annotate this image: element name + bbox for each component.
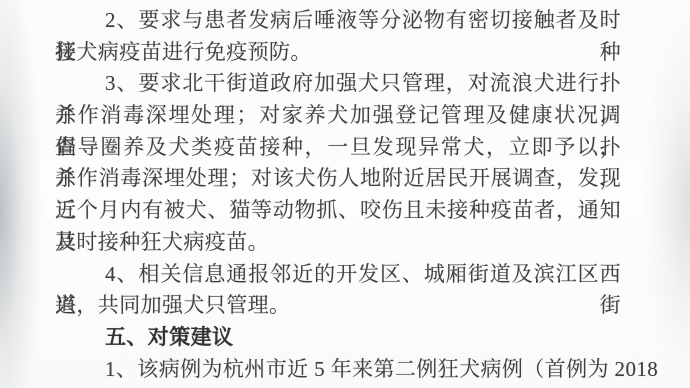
document-page: 2、要求与患者发病后唾液等分泌物有密切接触者及时接种狂犬病疫苗进行免疫预防。3、…	[0, 0, 690, 388]
document-line-3: 3、要求北干街道政府加强犬只管理，对流浪犬进行扑杀，	[55, 68, 621, 100]
document-line-9: 4、相关信息通报邻近的开发区、城厢街道及滨江区西兴街	[55, 259, 621, 291]
document-line-6: 并作消毒深埋处理；对该犬伤人地附近居民开展调查，发现近	[55, 163, 621, 195]
page-right-edge-shadow	[635, 0, 690, 388]
document-line-1: 2、要求与患者发病后唾液等分泌物有密切接触者及时接种	[55, 5, 621, 37]
page-left-edge-shadow	[0, 0, 46, 388]
section-heading-line: 五、对策建议	[55, 322, 621, 354]
document-body-text: 2、要求与患者发病后唾液等分泌物有密切接触者及时接种狂犬病疫苗进行免疫预防。3、…	[55, 5, 621, 385]
document-line-5: 倡导圈养及犬类疫苗接种，一旦发现异常犬，立即予以扑杀，	[55, 132, 621, 164]
document-line-7: 三个月内有被犬、猫等动物抓、咬伤且未接种疫苗者，通知其	[55, 195, 621, 227]
document-line-8: 及时接种狂犬病疫苗。	[55, 227, 621, 259]
document-line-4: 并作消毒深埋处理；对家养犬加强登记管理及健康状况调查，	[55, 100, 621, 132]
document-line-12: 1、该病例为杭州市近 5 年来第二例狂犬病例（首例为 2018	[55, 354, 621, 386]
